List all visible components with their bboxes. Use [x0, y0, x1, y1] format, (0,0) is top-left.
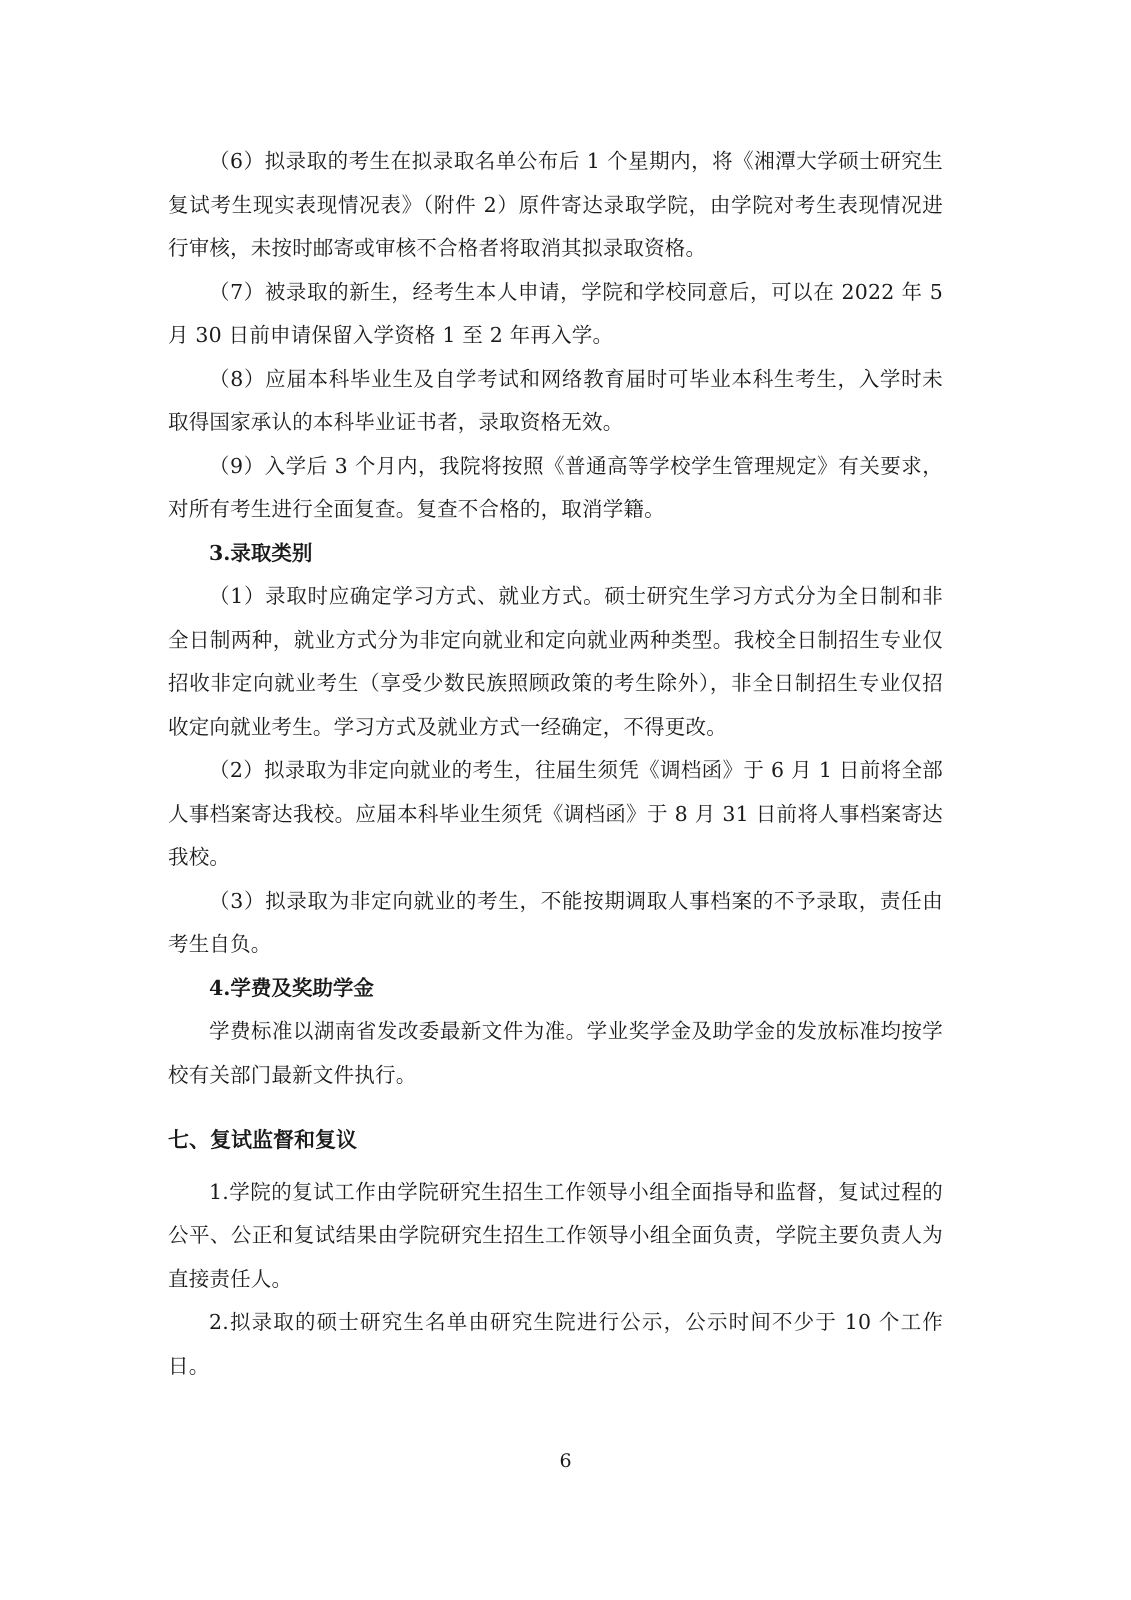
paragraph-category-1: （1）录取时应确定学习方式、就业方式。硕士研究生学习方式分为全日制和非全日制两种…	[168, 575, 943, 749]
paragraph-item-7: （7）被录取的新生，经考生本人申请，学院和学校同意后，可以在 2022 年 5 …	[168, 271, 943, 358]
paragraph-category-2: （2）拟录取为非定向就业的考生，往届生须凭《调档函》于 6 月 1 日前将全部人…	[168, 749, 943, 880]
page-number: 6	[0, 1450, 1131, 1472]
section-heading-admission-category: 3.录取类别	[168, 532, 943, 576]
paragraph-tuition: 学费标准以湖南省发改委最新文件为准。学业奖学金及助学金的发放标准均按学校有关部门…	[168, 1010, 943, 1097]
paragraph-item-9: （9）入学后 3 个月内，我院将按照《普通高等学校学生管理规定》有关要求，对所有…	[168, 445, 943, 532]
paragraph-item-8: （8）应届本科毕业生及自学考试和网络教育届时可毕业本科生考生，入学时未取得国家承…	[168, 358, 943, 445]
chapter-heading-supervision: 七、复试监督和复议	[168, 1119, 943, 1163]
paragraph-item-6: （6）拟录取的考生在拟录取名单公布后 1 个星期内，将《湘潭大学硕士研究生复试考…	[168, 140, 943, 271]
section-heading-tuition: 4.学费及奖助学金	[168, 967, 943, 1011]
paragraph-category-3: （3）拟录取为非定向就业的考生，不能按期调取人事档案的不予录取，责任由考生自负。	[168, 880, 943, 967]
paragraph-supervision-1: 1.学院的复试工作由学院研究生招生工作领导小组全面指导和监督，复试过程的公平、公…	[168, 1171, 943, 1302]
paragraph-supervision-2: 2.拟录取的硕士研究生名单由研究生院进行公示，公示时间不少于 10 个工作日。	[168, 1301, 943, 1388]
document-page: （6）拟录取的考生在拟录取名单公布后 1 个星期内，将《湘潭大学硕士研究生复试考…	[168, 140, 943, 1388]
